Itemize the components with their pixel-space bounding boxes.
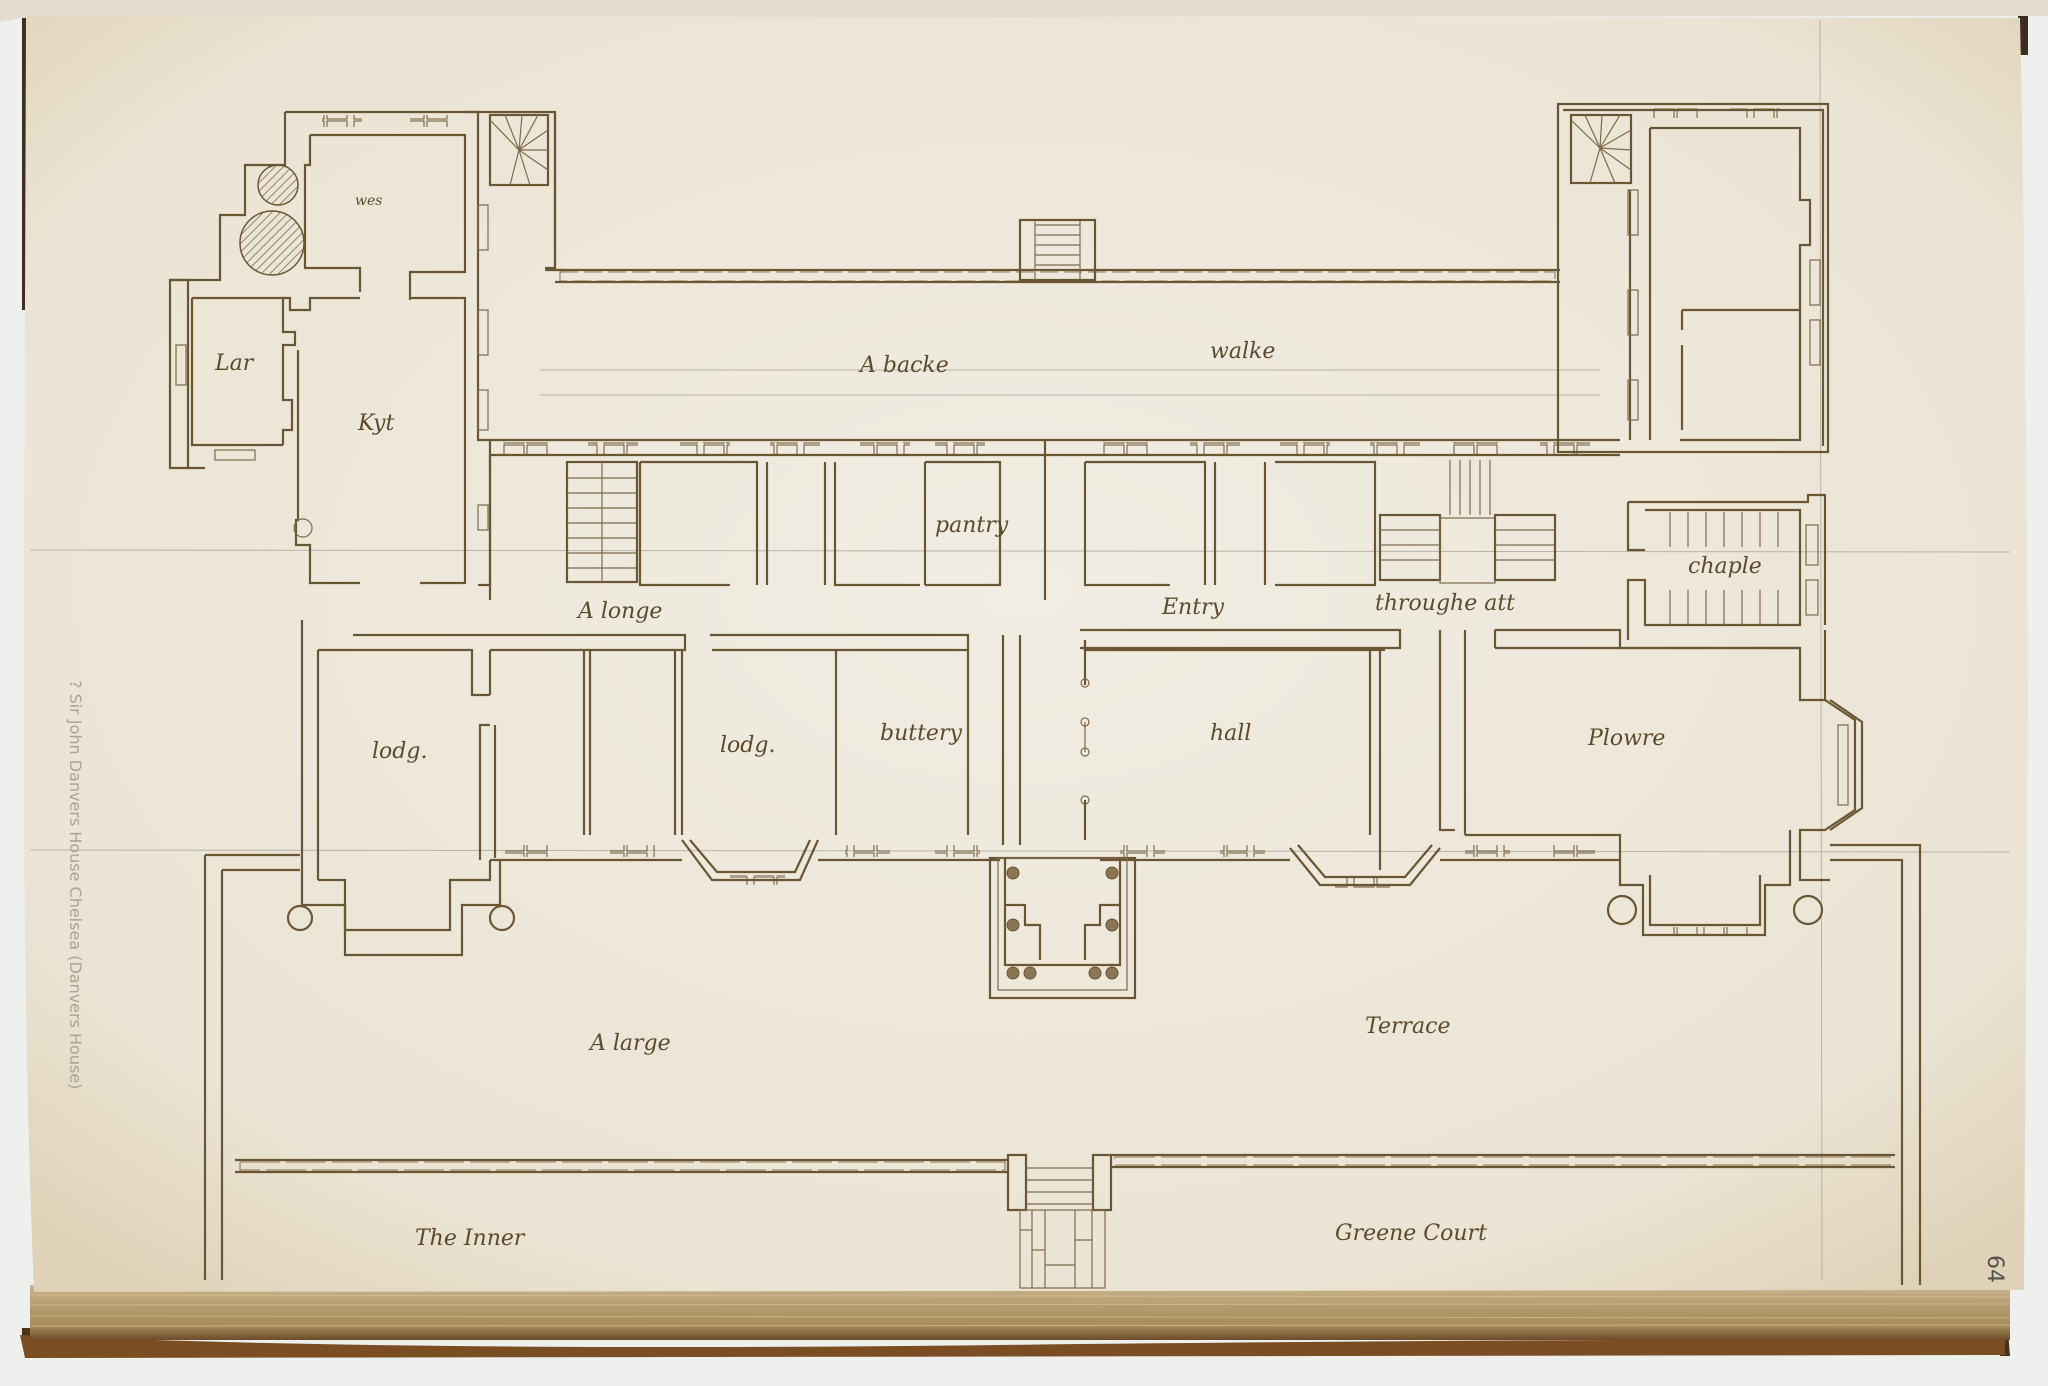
label-terrace-a: A large: [588, 1031, 671, 1056]
label-kitchen: Kyt: [357, 411, 394, 436]
label-pantry: pantry: [935, 513, 1009, 538]
label-long-entry-a: A longe: [576, 599, 662, 624]
page-paper: [24, 16, 2028, 1292]
label-long-entry-b: Entry: [1161, 595, 1225, 620]
label-wet-larder: wes: [355, 193, 382, 209]
label-parlour: Plowre: [1587, 726, 1665, 751]
label-long-entry-c: throughe att: [1375, 591, 1515, 616]
label-larder: Lar: [214, 351, 255, 376]
left-margin-pencil-note: ? Sir John Danvers House Chelsea (Danver…: [66, 680, 85, 1089]
label-buttery: buttery: [880, 721, 962, 746]
label-green-court: Greene Court: [1335, 1221, 1487, 1246]
label-hall: hall: [1210, 721, 1251, 746]
label-lodging-1: lodg.: [372, 739, 427, 764]
label-back-walk-a: A backe: [858, 353, 949, 378]
label-terrace-b: Terrace: [1365, 1014, 1450, 1039]
manuscript-page: A backe walke wes Lar Kyt pantry A longe…: [0, 0, 2048, 1386]
label-lodging-2: lodg.: [720, 733, 775, 758]
label-chapel: chaple: [1688, 554, 1762, 579]
folio-number: 64: [1982, 1255, 2007, 1283]
label-inner-court: The Inner: [415, 1226, 526, 1251]
label-back-walk-b: walke: [1210, 339, 1275, 364]
